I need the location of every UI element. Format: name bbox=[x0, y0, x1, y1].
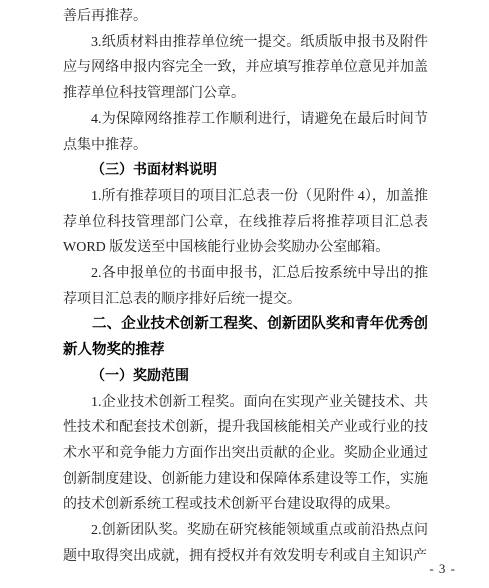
subsection-heading-award-scope: （一）奖励范围 bbox=[63, 364, 428, 390]
paragraph-item-2-written-applications: 2.各申报单位的书面申报书，汇总后按系统中导出的推荐项目汇总表的顺序排好后统一提… bbox=[63, 261, 428, 312]
paragraph-item-2-innovation-team-award: 2.创新团队奖。奖励在研究核能领域重点或前沿热点问题中取得突出成就，拥有授权并有… bbox=[63, 518, 428, 569]
section-heading-2-innovation-awards: 二、企业技术创新工程奖、创新团队奖和青年优秀创新人物奖的推荐 bbox=[63, 312, 428, 363]
page-number: - 3 - bbox=[429, 561, 456, 577]
document-body: 善后再推荐。 3.纸质材料由推荐单位统一提交。纸质版申报书及附件应与网络申报内容… bbox=[0, 0, 489, 569]
paragraph-item-1-summary-table: 1.所有推荐项目的项目汇总表一份（见附件 4），加盖推荐单位科技管理部门公章，在… bbox=[63, 184, 428, 261]
paragraph-item-3-paper-materials: 3.纸质材料由推荐单位统一提交。纸质版申报书及附件应与网络申报内容完全一致，并应… bbox=[63, 30, 428, 107]
paragraph-item-4-network-recommendation: 4.为保障网络推荐工作顺利进行，请避免在最后时间节点集中推荐。 bbox=[63, 107, 428, 158]
document-page: 善后再推荐。 3.纸质材料由推荐单位统一提交。纸质版申报书及附件应与网络申报内容… bbox=[0, 0, 489, 588]
paragraph-continuation: 善后再推荐。 bbox=[63, 4, 428, 30]
subsection-heading-written-materials: （三）书面材料说明 bbox=[63, 158, 428, 184]
paragraph-item-1-enterprise-innovation-award: 1.企业技术创新工程奖。面向在实现产业关键技术、共性技术和配套技术创新，提升我国… bbox=[63, 390, 428, 519]
